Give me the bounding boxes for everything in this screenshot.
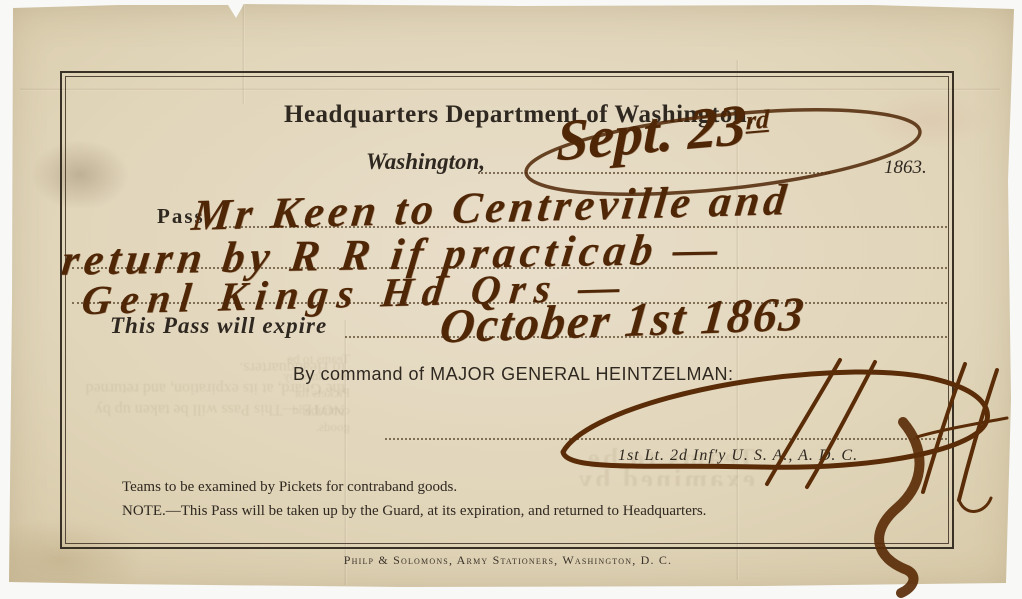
photo-of-pass: NOTE.—This Pass will be taken up by the … (0, 0, 1022, 599)
place-label: Washington, (366, 149, 485, 175)
signature-flourish (545, 352, 1015, 597)
note-teams: Teams to be examined by Pickets for cont… (122, 479, 457, 496)
date-suffix: rd (746, 104, 770, 135)
command-prefix: By command of (293, 364, 425, 384)
